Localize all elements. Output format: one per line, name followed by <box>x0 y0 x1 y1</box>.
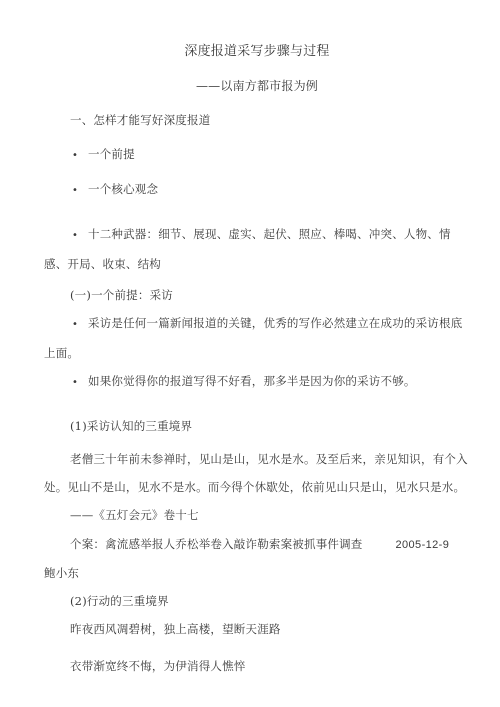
page-title: 深度报道采写步骤与过程 <box>44 38 470 66</box>
poem-line-2: 衣带渐宽终不悔，为伊消得人憔悴 <box>44 652 470 680</box>
list-item: •一个核心观念 <box>44 175 470 205</box>
list-item-text: 一个核心观念 <box>88 182 158 196</box>
list-item: •十二种武器：细节、展现、虚实、起伏、照应、棒喝、冲突、人物、情感、开局、收束、… <box>44 220 470 278</box>
bullet-icon: • <box>72 177 88 205</box>
poem-line-1: 昨夜西风凋碧树，独上高楼，望断天涯路 <box>44 615 470 643</box>
page-subtitle: ——以南方都市报为例 <box>44 72 470 100</box>
list-item-text: 如果你觉得你的报道写得不好看，那多半是因为你的采访不够。 <box>88 374 416 388</box>
zen-quote-source: ——《五灯会元》卷十七 <box>44 501 470 529</box>
list-item-text: 采访是任何一篇新闻报道的关键，优秀的写作必然建立在成功的采访根底上面。 <box>44 316 462 360</box>
bullet-icon: • <box>72 222 88 250</box>
list-item-text: 十二种武器：细节、展现、虚实、起伏、照应、棒喝、冲突、人物、情感、开局、收束、结… <box>44 227 451 271</box>
subsection-heading: (一)一个前提：采访 <box>44 281 470 309</box>
bullet-icon: • <box>72 142 88 170</box>
list-item-text: 一个前提 <box>88 147 135 161</box>
section-heading-1: 一、怎样才能写好深度报道 <box>44 106 470 134</box>
list-item: •采访是任何一篇新闻报道的关键，优秀的写作必然建立在成功的采访根底上面。 <box>44 309 470 367</box>
list-item: •如果你觉得你的报道写得不好看，那多半是因为你的采访不够。 <box>44 367 470 397</box>
case-author: 鲍小东 <box>44 559 470 587</box>
point-heading-2: (2)行动的三重境界 <box>44 587 470 615</box>
bullet-icon: • <box>72 311 88 339</box>
case-date: 2005-12-9 <box>396 539 450 551</box>
zen-quote-paragraph: 老僧三十年前未参禅时，见山是山，见水是水。及至后来，亲见知识，有个入处。见山不是… <box>44 445 470 501</box>
case-text: 个案：禽流感举报人乔松举卷入敲诈勒索案被抓事件调查 <box>70 537 363 551</box>
document-page: 深度报道采写步骤与过程 ——以南方都市报为例 一、怎样才能写好深度报道 •一个前… <box>0 0 500 707</box>
case-line: 个案：禽流感举报人乔松举卷入敲诈勒索案被抓事件调查2005-12-9 <box>44 530 470 559</box>
point-heading-1: (1)采访认知的三重境界 <box>44 412 470 440</box>
list-item: •一个前提 <box>44 140 470 170</box>
document-content: 深度报道采写步骤与过程 ——以南方都市报为例 一、怎样才能写好深度报道 •一个前… <box>0 0 500 680</box>
bullet-icon: • <box>72 369 88 397</box>
